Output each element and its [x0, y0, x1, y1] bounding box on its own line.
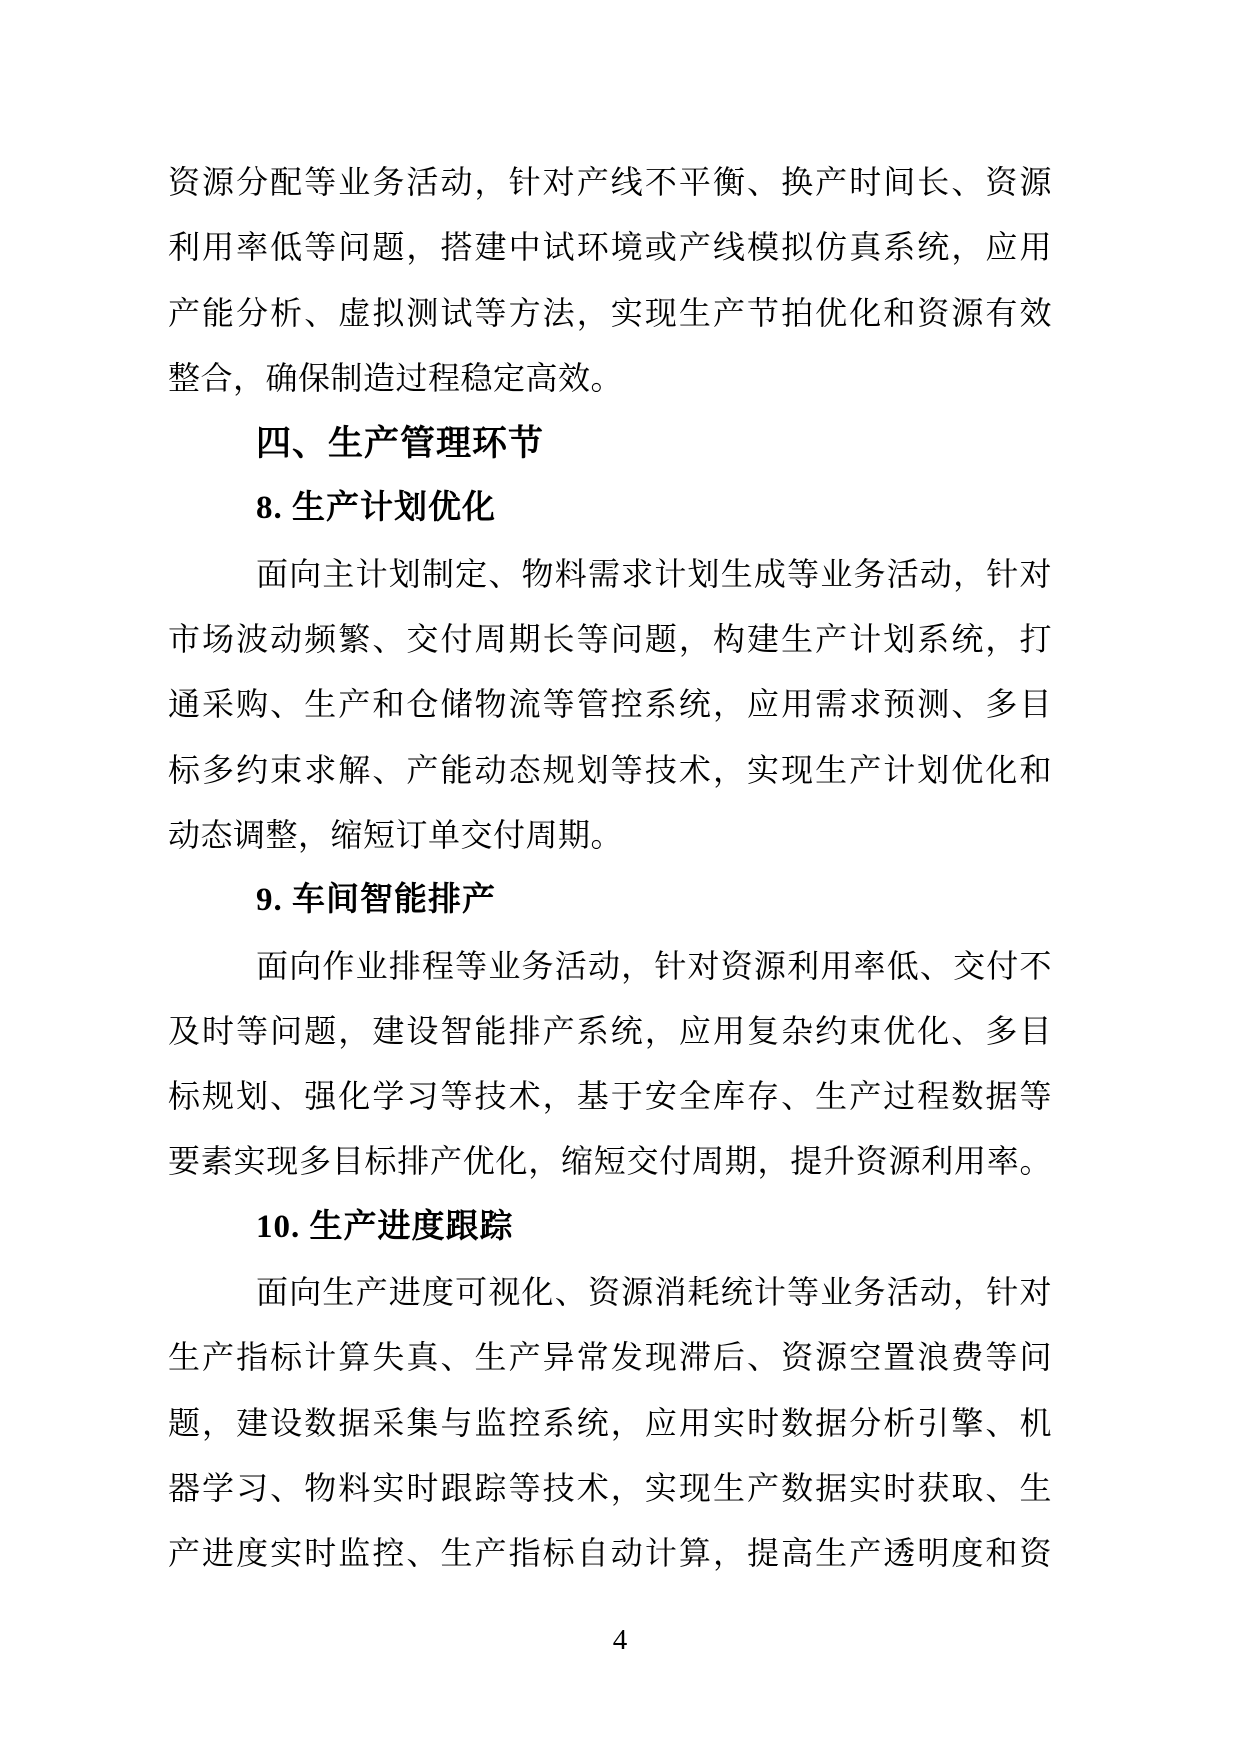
body-line: 生产指标计算失真、生产异常发现滞后、资源空置浪费等问 — [168, 1325, 1052, 1390]
document-page: 资源分配等业务活动，针对产线不平衡、换产时间长、资源利用率低等问题，搭建中试环境… — [0, 0, 1240, 1753]
body-line: 器学习、物料实时跟踪等技术，实现生产数据实时获取、生 — [168, 1456, 1052, 1521]
sub-heading: 8. 生产计划优化 — [168, 476, 1052, 541]
body-line: 整合，确保制造过程稳定高效。 — [168, 346, 1052, 411]
body-line: 面向作业排程等业务活动，针对资源利用率低、交付不 — [168, 934, 1052, 999]
document-body: 资源分配等业务活动，针对产线不平衡、换产时间长、资源利用率低等问题，搭建中试环境… — [168, 150, 1052, 1587]
body-line: 通采购、生产和仓储物流等管控系统，应用需求预测、多目 — [168, 672, 1052, 737]
body-line: 资源分配等业务活动，针对产线不平衡、换产时间长、资源 — [168, 150, 1052, 215]
body-line: 及时等问题，建设智能排产系统，应用复杂约束优化、多目 — [168, 999, 1052, 1064]
body-line: 题，建设数据采集与监控系统，应用实时数据分析引擎、机 — [168, 1391, 1052, 1456]
body-line: 面向主计划制定、物料需求计划生成等业务活动，针对 — [168, 542, 1052, 607]
body-line: 动态调整，缩短订单交付周期。 — [168, 803, 1052, 868]
body-line: 利用率低等问题，搭建中试环境或产线模拟仿真系统，应用 — [168, 215, 1052, 280]
sub-heading: 10. 生产进度跟踪 — [168, 1195, 1052, 1260]
body-line: 产能分析、虚拟测试等方法，实现生产节拍优化和资源有效 — [168, 281, 1052, 346]
body-line: 市场波动频繁、交付周期长等问题，构建生产计划系统，打 — [168, 607, 1052, 672]
body-line: 标多约束求解、产能动态规划等技术，实现生产计划优化和 — [168, 738, 1052, 803]
sub-heading: 9. 车间智能排产 — [168, 868, 1052, 933]
body-line: 标规划、强化学习等技术，基于安全库存、生产过程数据等 — [168, 1064, 1052, 1129]
body-line: 产进度实时监控、生产指标自动计算，提高生产透明度和资 — [168, 1521, 1052, 1586]
page-number: 4 — [0, 1622, 1240, 1658]
body-line: 面向生产进度可视化、资源消耗统计等业务活动，针对 — [168, 1260, 1052, 1325]
section-heading: 四、生产管理环节 — [168, 411, 1052, 476]
body-line: 要素实现多目标排产优化，缩短交付周期，提升资源利用率。 — [168, 1129, 1052, 1194]
